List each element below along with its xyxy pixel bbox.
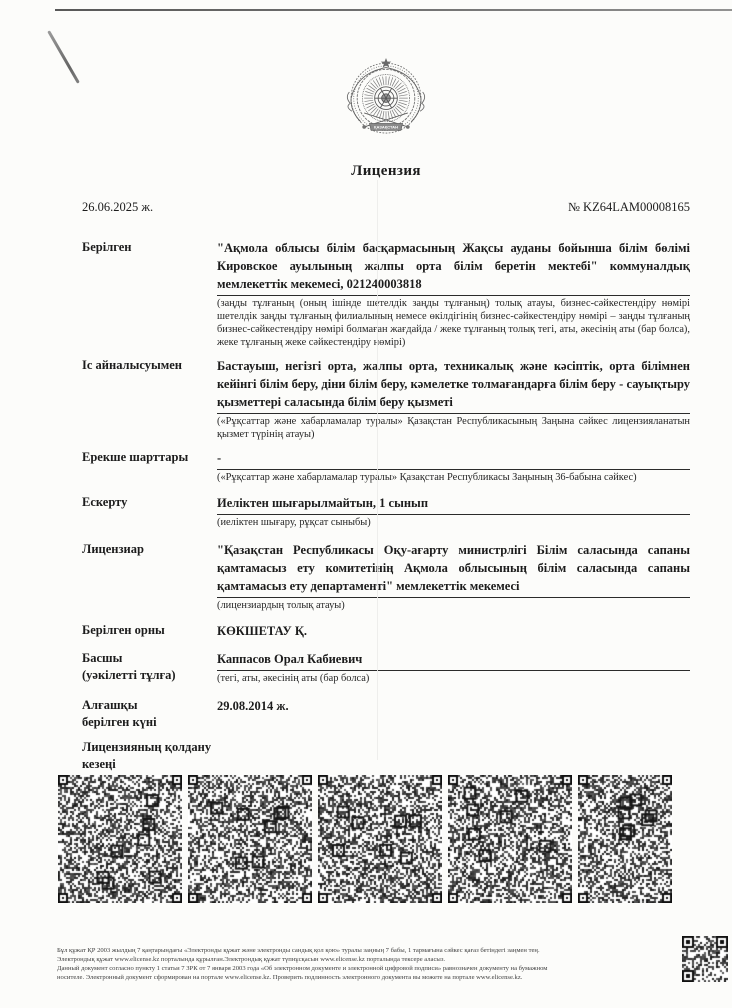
field-label: Ерекше шарттары [82,449,217,484]
signature-barcode-row [58,775,694,903]
fineprint-line: Бұл құжат ҚР 2003 жылдың 7 қаңтарындағы … [57,946,686,955]
field-label-line1: Басшы [82,651,122,665]
divider [217,295,690,296]
divider [217,413,690,414]
fineprint-line: Электрондық құжат www.elicense.kz портал… [57,955,686,964]
divider [217,597,690,598]
license-number: № KZ64LAM00008165 [568,199,690,215]
field-label: Берілген [82,239,217,349]
field-head: Басшы (уәкілетті тұлға) Каппасов Орал Ка… [82,650,690,685]
field-note: (лицензиардың толық атауы) [217,599,690,612]
field-validity-period: Лицензияның қолдану кезеңі [82,739,690,773]
emblem-banner-text: ҚАЗАҚСТАН [374,124,398,129]
issue-date: 26.06.2025 ж. [82,199,153,215]
field-issue-place: Берілген орны КӨКШЕТАУ Қ. [82,622,690,640]
field-label: Лицензиар [82,541,217,612]
field-issued-to: Берілген "Ақмола облысы білім басқармасы… [82,239,690,349]
field-note: («Рұқсаттар және хабарламалар туралы» Қа… [217,471,690,484]
field-value: Каппасов Орал Кабиевич [217,650,690,668]
scan-fold-artifact [377,180,378,760]
legal-fineprint: Бұл құжат ҚР 2003 жылдың 7 қаңтарындағы … [57,946,686,982]
field-value: - [217,449,690,467]
field-note: (заңды тұлғаның (оның ішінде шетелдік за… [217,297,690,349]
signature-barcode [578,775,672,903]
signature-barcode [188,775,312,903]
field-label: Басшы (уәкілетті тұлға) [82,650,217,685]
field-label: Ескерту [82,494,217,529]
field-value: "Қазақстан Республикасы Оқу-ағарту минис… [217,541,690,595]
field-label-line2: (уәкілетті тұлға) [82,668,176,682]
divider [217,670,690,671]
divider [217,469,690,470]
field-activity: Іс айналысуымен Бастауыш, негізгі орта, … [82,357,690,441]
pen-mark-artifact [47,30,80,83]
signature-barcode [58,775,182,903]
signature-barcode [448,775,572,903]
license-document-page: ҚАЗАҚСТАН Лицензия 26.06.2025 ж. № KZ64L… [0,0,732,1008]
field-note: («Рұқсаттар және хабарламалар туралы» Қа… [217,415,690,441]
field-value: Бастауыш, негізгі орта, жалпы орта, техн… [217,357,690,411]
field-label: Іс айналысуымен [82,357,217,441]
fineprint-line: носителе. Электронный документ сформиров… [57,973,686,982]
field-value: Иеліктен шығарылмайтын, 1 сынып [217,494,690,512]
fields-section: Берілген "Ақмола облысы білім басқармасы… [82,239,690,773]
emblem-container: ҚАЗАҚСТАН [82,0,690,142]
field-label: Берілген орны [82,622,217,640]
kazakhstan-coat-of-arms-icon: ҚАЗАҚСТАН [338,56,434,142]
field-label: Алғашқы берілген күні [82,697,217,731]
document-title: Лицензия [82,162,690,181]
verification-qr-code [682,936,728,982]
field-value: КӨКШЕТАУ Қ. [217,622,690,640]
signature-barcode [318,775,442,903]
field-remark: Ескерту Иеліктен шығарылмайтын, 1 сынып … [82,494,690,529]
verification-qr-container [682,936,728,982]
field-first-issue-date: Алғашқы берілген күні 29.08.2014 ж. [82,697,690,731]
field-value: 29.08.2014 ж. [217,697,690,715]
field-note: (тегі, аты, әкесінің аты (бар болса) [217,672,690,685]
field-value: "Ақмола облысы білім басқармасының Жақсы… [217,239,690,293]
field-label: Лицензияның қолдану кезеңі [82,739,217,773]
fineprint-line: Данный документ согласно пункту 1 статьи… [57,964,686,973]
divider [217,514,690,515]
field-note: (иеліктен шығару, рұқсат сыныбы) [217,516,690,529]
field-licensor: Лицензиар "Қазақстан Республикасы Оқу-ағ… [82,541,690,612]
field-special-conditions: Ерекше шарттары - («Рұқсаттар және хабар… [82,449,690,484]
scan-edge-artifact [55,9,732,11]
